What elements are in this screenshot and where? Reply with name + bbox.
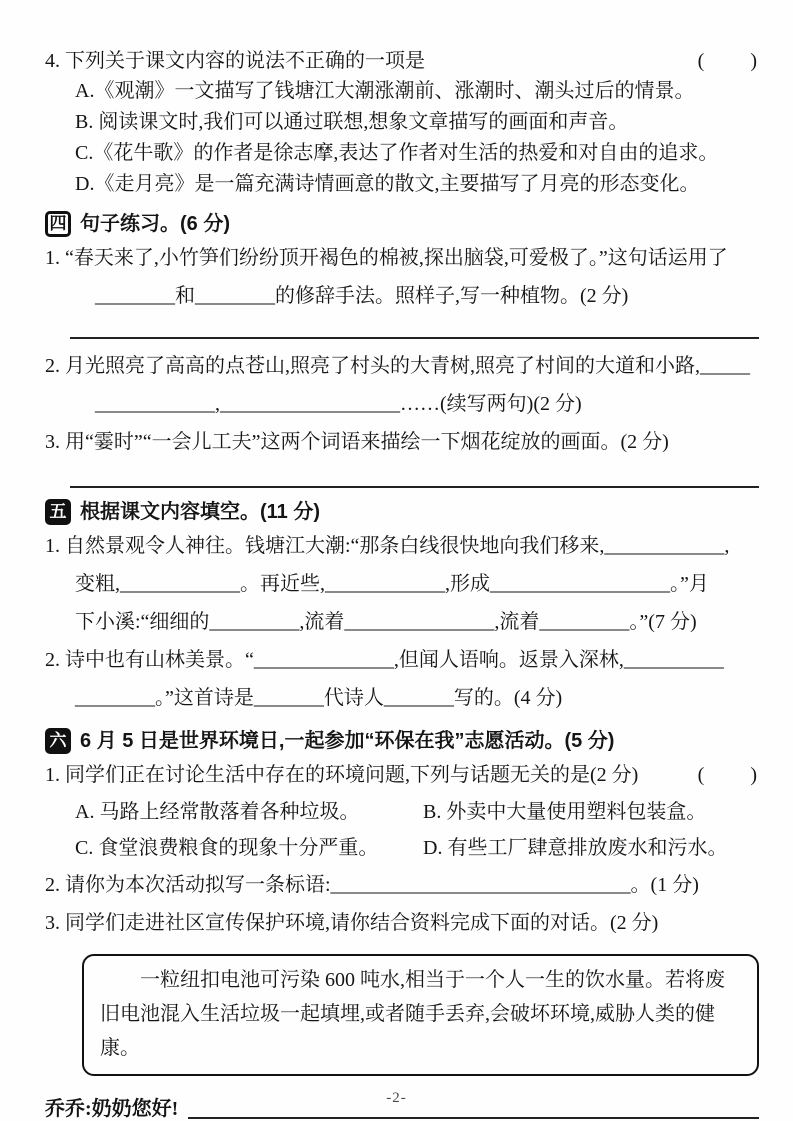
question-4-answer-paren: ( ) [698,46,759,76]
section-5-q1-line2: 变粗,____________。再近些,____________,形成_____… [75,565,759,603]
section-5-header: 五 根据课文内容填空。(11 分) [45,497,759,527]
battery-info-box: 一粒纽扣电池可污染 600 吨水,相当于一个人一生的饮水量。若将废旧电池混入生活… [82,954,759,1076]
section-4-q2-line1: 2. 月光照亮了高高的点苍山,照亮了村头的大青树,照亮了村间的大道和小路,___… [45,347,759,385]
answer-line [70,315,759,339]
section-4-header: 四 句子练习。(6 分) [45,209,759,239]
question-4-option-c: C.《花牛歌》的作者是徐志摩,表达了作者对生活的热爱和对自由的追求。 [75,138,759,169]
section-6-q1-option-d: D. 有些工厂肆意排放废水和污水。 [423,830,727,866]
section-4-q1-line1: 1. “春天来了,小竹笋们纷纷顶开褐色的棉被,探出脑袋,可爱极了。”这句话运用了 [45,239,759,277]
section-6-q1-stem: 1. 同学们正在讨论生活中存在的环境问题,下列与话题无关的是(2 分) [45,756,638,794]
section-4-marker: 四 [45,211,71,237]
question-4-option-d: D.《走月亮》是一篇充满诗情画意的散文,主要描写了月亮的形态变化。 [75,169,759,200]
section-6-q1-option-b: B. 外卖中大量使用塑料包装盒。 [423,794,706,830]
section-6-q1-options-row2: C. 食堂浪费粮食的现象十分严重。 D. 有些工厂肆意排放废水和污水。 [75,830,759,866]
exam-page: 4. 下列关于课文内容的说法不正确的一项是 ( ) A.《观潮》一文描写了钱塘江… [0,0,793,1121]
section-4-title: 句子练习。(6 分) [80,209,230,239]
section-4-q3: 3. 用“霎时”“一会儿工夫”这两个词语来描绘一下烟花绽放的画面。(2 分) [45,423,759,461]
answer-line [188,1117,759,1119]
question-4-option-b: B. 阅读课文时,我们可以通过联想,想象文章描写的画面和声音。 [75,107,759,138]
question-4: 4. 下列关于课文内容的说法不正确的一项是 ( ) [45,46,759,76]
section-5-marker: 五 [45,499,71,525]
section-4-q1-line2: ________和________的修辞手法。照样子,写一种植物。(2 分) [95,277,759,315]
section-6-header: 六 6 月 5 日是世界环境日,一起参加“环保在我”志愿活动。(5 分) [45,726,759,756]
section-4-q2-line2: ____________,__________________……(续写两句)(… [95,385,759,423]
section-6-q1-option-a: A. 马路上经常散落着各种垃圾。 [75,794,423,830]
question-4-option-a: A.《观潮》一文描写了钱塘江大潮涨潮前、涨潮时、潮头过后的情景。 [75,76,759,107]
question-4-stem: 4. 下列关于课文内容的说法不正确的一项是 [45,46,425,76]
section-5-q2-line2: ________。”这首诗是_______代诗人_______写的。(4 分) [75,679,759,717]
answer-line [70,461,759,488]
section-6-q1-answer-paren: ( ) [698,756,759,794]
section-6-title: 6 月 5 日是世界环境日,一起参加“环保在我”志愿活动。(5 分) [80,726,614,756]
section-6-q1-options-row1: A. 马路上经常散落着各种垃圾。 B. 外卖中大量使用塑料包装盒。 [75,794,759,830]
section-6-q1-option-c: C. 食堂浪费粮食的现象十分严重。 [75,830,423,866]
section-6-q2: 2. 请你为本次活动拟写一条标语:_______________________… [45,866,759,904]
section-5-title: 根据课文内容填空。(11 分) [80,497,320,527]
section-5-q1-line1: 1. 自然景观令人神往。钱塘江大潮:“那条白线很快地向我们移来,________… [45,527,759,565]
page-number: -2- [0,1090,793,1107]
section-6-q3: 3. 同学们走进社区宣传保护环境,请你结合资料完成下面的对话。(2 分) [45,904,759,942]
section-6-marker: 六 [45,728,71,754]
section-6-q1: 1. 同学们正在讨论生活中存在的环境问题,下列与话题无关的是(2 分) ( ) [45,756,759,794]
section-5-q1-line3: 下小溪:“细细的_________,流着_______________,流着__… [75,603,759,641]
section-5-q2-line1: 2. 诗中也有山林美景。“______________,但闻人语响。返景入深林,… [45,641,759,679]
